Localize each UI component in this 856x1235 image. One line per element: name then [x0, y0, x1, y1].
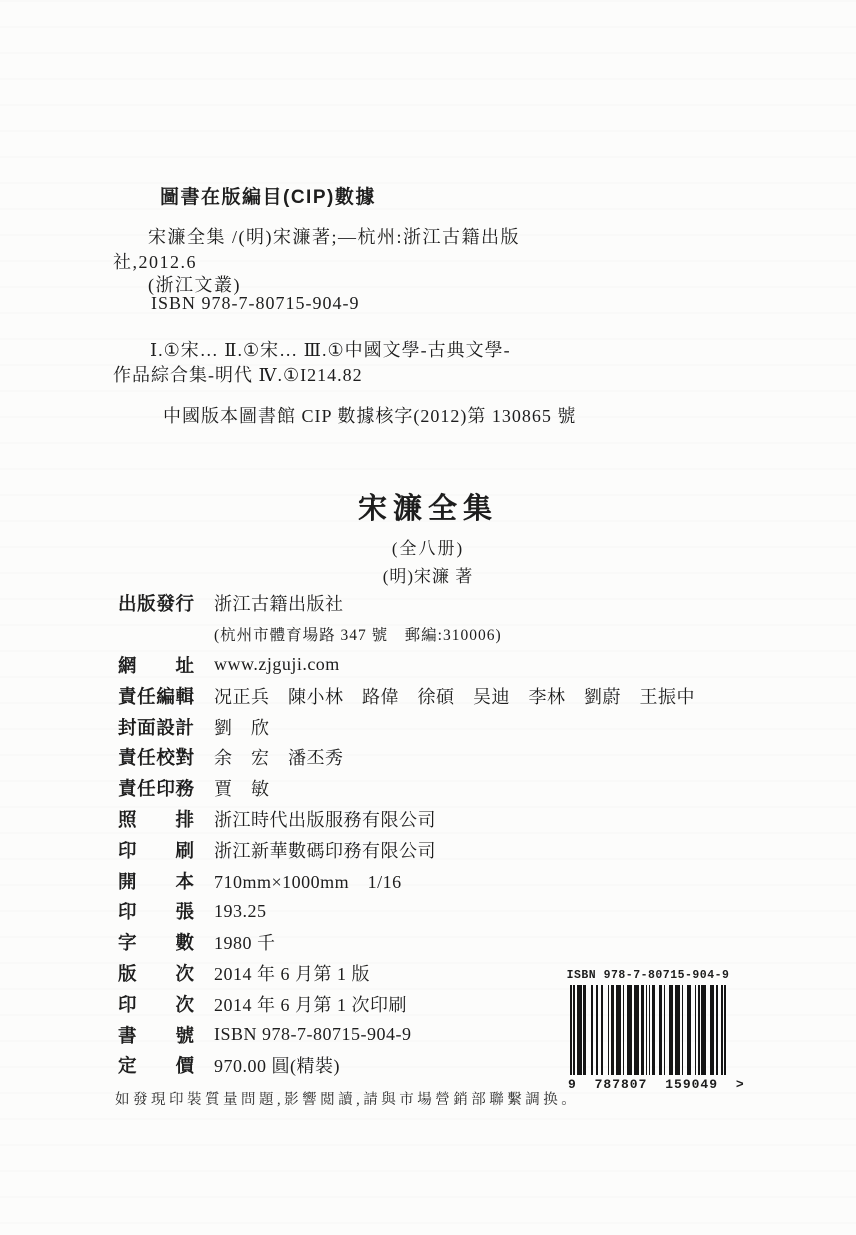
row-label: 字數 — [118, 929, 194, 955]
row-value: 余 宏 潘丕秀 — [214, 744, 344, 770]
row-label: 網址 — [118, 652, 194, 678]
row-label: 版次 — [118, 960, 194, 986]
row-value: (杭州市體育場路 347 號 郵編:310006) — [214, 623, 502, 645]
row-value: 浙江古籍出版社 — [214, 590, 344, 616]
row-label: 書號 — [118, 1022, 194, 1048]
isbn-barcode: ISBN 978-7-80715-904-9 9 787807 159049 > — [566, 969, 730, 1092]
colophon-row-format: 開本 710mm×1000mm 1/16 — [118, 865, 798, 896]
colophon-row-cover-design: 封面設計 劉 欣 — [118, 711, 798, 742]
row-label: 定價 — [118, 1052, 194, 1078]
row-value: 2014 年 6 月第 1 次印刷 — [214, 991, 407, 1017]
cip-record-number: 中國版本圖書館 CIP 數據核字(2012)第 130865 號 — [163, 402, 576, 428]
row-value: 1980 千 — [214, 929, 276, 955]
row-value: 况正兵 陳小林 路偉 徐碩 吴迪 李林 劉蔚 王振中 — [214, 683, 695, 709]
row-value: 193.25 — [214, 901, 267, 922]
book-copyright-page: 圖書在版編目(CIP)數據 宋濂全集 /(明)宋濂著;—杭州:浙江古籍出版 社,… — [0, 0, 856, 1235]
row-value: 浙江時代出版服務有限公司 — [214, 806, 436, 832]
colophon-row-address: (杭州市體育場路 347 號 郵編:310006) — [118, 619, 798, 650]
row-label: 出版發行 — [118, 590, 194, 616]
barcode-number: 9 787807 159049 > — [566, 1077, 730, 1092]
colophon-row-typesetting: 照排 浙江時代出版服務有限公司 — [118, 804, 798, 835]
print-quality-note: 如發現印裝質量問題,影響閲讀,請與市場營銷部聯繫調换。 — [115, 1088, 579, 1109]
row-value: 970.00 圓(精裝) — [214, 1052, 340, 1078]
author-line: (明)宋濂 著 — [0, 562, 856, 587]
barcode-isbn-text: ISBN 978-7-80715-904-9 — [566, 969, 730, 982]
colophon-row-proofreaders: 責任校對 余 宏 潘丕秀 — [118, 742, 798, 773]
cip-classification-line1: Ⅰ.①宋… Ⅱ.①宋… Ⅲ.①中國文學-古典文學- — [150, 336, 511, 362]
row-label: 責任印務 — [118, 775, 194, 801]
colophon-row-word-count: 字數 1980 千 — [118, 927, 798, 958]
colophon-row-website: 網址 www.zjguji.com — [118, 650, 798, 681]
cip-isbn: ISBN 978-7-80715-904-9 — [151, 293, 360, 314]
colophon-row-editors: 責任編輯 况正兵 陳小林 路偉 徐碩 吴迪 李林 劉蔚 王振中 — [118, 680, 798, 711]
cip-classification-line2: 作品綜合集-明代 Ⅳ.①I214.82 — [113, 361, 363, 387]
cip-heading: 圖書在版編目(CIP)數據 — [160, 182, 376, 209]
colophon-row-printed-sheets: 印張 193.25 — [118, 896, 798, 927]
colophon-row-print-supervisor: 責任印務 賈 敏 — [118, 773, 798, 804]
row-label: 責任校對 — [118, 744, 194, 770]
row-value: www.zjguji.com — [214, 654, 340, 675]
colophon-row-publisher: 出版發行 浙江古籍出版社 — [118, 588, 798, 619]
colophon-row-printing: 印刷 浙江新華數碼印務有限公司 — [118, 834, 798, 865]
volume-count: (全八册) — [0, 534, 856, 559]
row-label: 封面設計 — [118, 714, 194, 740]
row-value: 2014 年 6 月第 1 版 — [214, 960, 370, 986]
row-value: 浙江新華數碼印務有限公司 — [214, 837, 436, 863]
barcode-bars — [566, 985, 730, 1075]
row-value: 劉 欣 — [214, 714, 270, 740]
book-title: 宋濂全集 — [0, 486, 856, 527]
row-label: 印次 — [118, 991, 194, 1017]
row-value: 710mm×1000mm 1/16 — [214, 868, 402, 894]
row-label: 印張 — [118, 898, 194, 924]
row-value: ISBN 978-7-80715-904-9 — [214, 1024, 412, 1045]
row-label: 責任編輯 — [118, 683, 194, 709]
row-label: 印刷 — [118, 837, 194, 863]
row-label: 照排 — [118, 806, 194, 832]
cip-entry-line1: 宋濂全集 /(明)宋濂著;—杭州:浙江古籍出版 — [148, 223, 520, 249]
row-label: 開本 — [118, 868, 194, 894]
row-value: 賈 敏 — [214, 775, 270, 801]
